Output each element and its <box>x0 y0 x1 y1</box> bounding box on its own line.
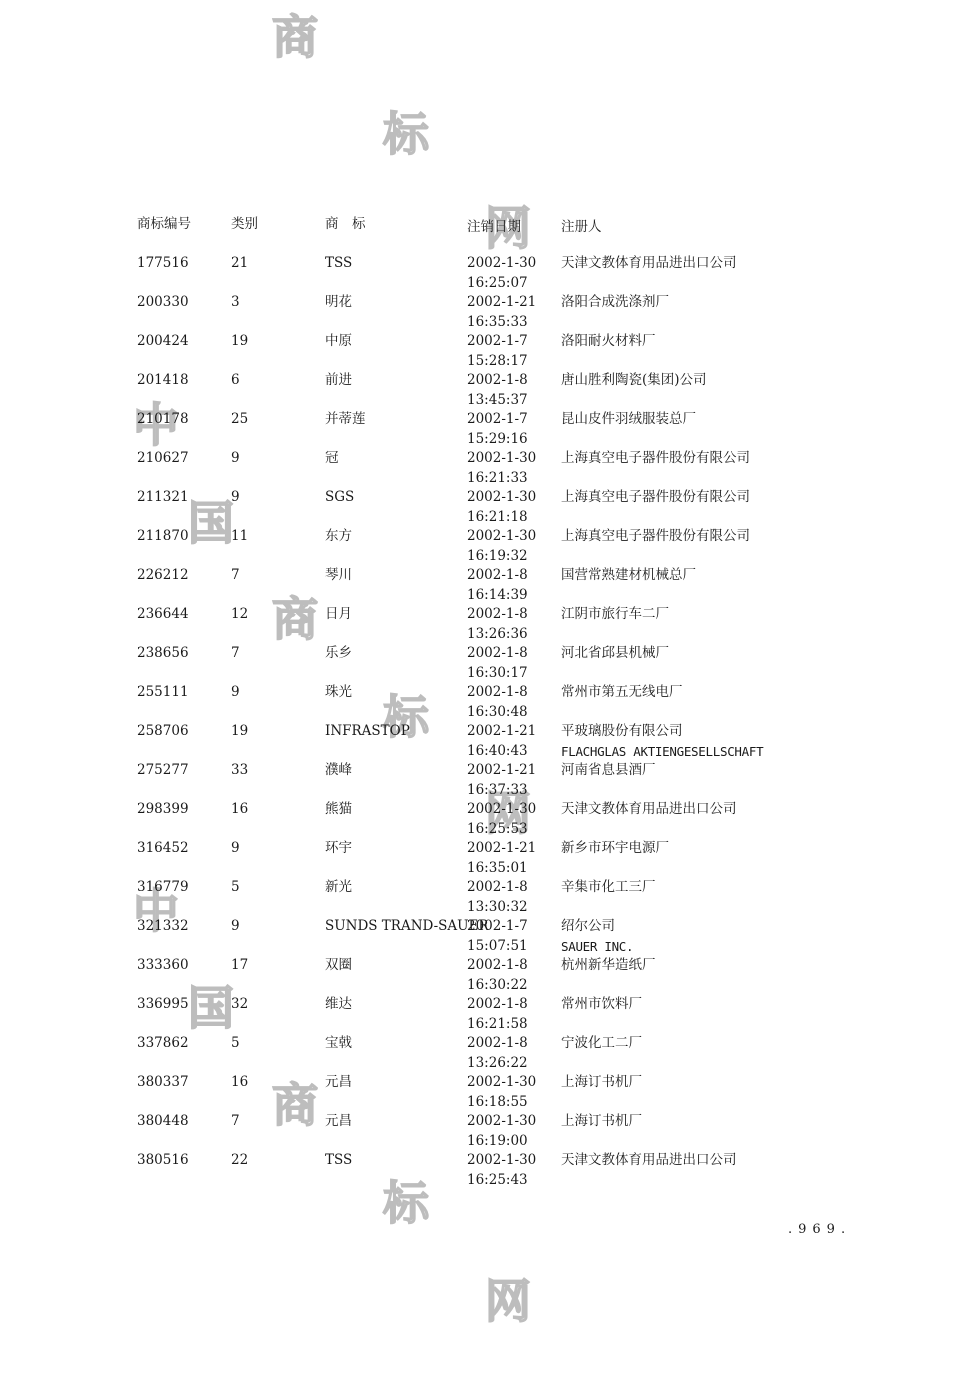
registrant-name-en <box>561 703 683 723</box>
registrant-name: 天津文教体育用品进出口公司 <box>561 1151 737 1171</box>
registrant-name: 天津文教体育用品进出口公司 <box>561 800 737 820</box>
class-number: 19 <box>231 332 248 352</box>
header-class: 类别 <box>231 215 258 235</box>
watermark-shang: 商 <box>272 14 318 60</box>
cancel-date: 2002-1-8 <box>467 644 528 664</box>
trademark-number: 298399 <box>137 800 189 820</box>
cancel-time: 16:25:53 <box>467 820 536 840</box>
registrant: 辛集市化工三厂 <box>561 878 656 917</box>
cancel-time: 15:07:51 <box>467 937 528 957</box>
trademark-name: 珠光 <box>325 683 352 703</box>
cancel-datetime: 2002-1-8 13:30:32 <box>467 878 528 917</box>
class-number: 32 <box>231 995 248 1015</box>
cancel-datetime: 2002-1-8 16:21:58 <box>467 995 528 1034</box>
trademark-number: 316452 <box>137 839 189 859</box>
registrant-name: 河南省息县酒厂 <box>561 761 656 781</box>
cancel-datetime: 2002-1-7 15:28:17 <box>467 332 528 371</box>
cancel-time: 16:30:22 <box>467 976 528 996</box>
cancel-time: 15:29:16 <box>467 430 528 450</box>
class-number: 9 <box>231 839 240 859</box>
class-number: 33 <box>231 761 248 781</box>
registrant: 常州市饮料厂 <box>561 995 642 1034</box>
cancel-time: 13:30:32 <box>467 898 528 918</box>
registrant-name-en <box>561 313 669 333</box>
cancel-time: 16:21:33 <box>467 469 536 489</box>
class-number: 11 <box>231 527 248 547</box>
registrant-name-en <box>561 1171 737 1191</box>
trademark-number: 201418 <box>137 371 189 391</box>
cancel-time: 13:45:37 <box>467 391 528 411</box>
cancel-datetime: 2002-1-30 16:19:00 <box>467 1112 536 1151</box>
cancel-datetime: 2002-1-8 16:30:17 <box>467 644 528 683</box>
cancel-date: 2002-1-21 <box>467 761 536 781</box>
registrant-name: 上海订书机厂 <box>561 1112 642 1132</box>
cancel-date: 2002-1-8 <box>467 371 528 391</box>
registrant-name-en <box>561 430 696 450</box>
cancel-datetime: 2002-1-30 16:21:18 <box>467 488 536 527</box>
trademark-number: 211870 <box>137 527 189 547</box>
trademark-name: 维达 <box>325 995 352 1015</box>
class-number: 22 <box>231 1151 248 1171</box>
registrant-name: 常州市饮料厂 <box>561 995 642 1015</box>
cancel-datetime: 2002-1-8 13:45:37 <box>467 371 528 410</box>
cancel-time: 16:19:32 <box>467 547 536 567</box>
trademark-name: 环宇 <box>325 839 352 859</box>
trademark-number: 380337 <box>137 1073 189 1093</box>
cancel-datetime: 2002-1-8 16:30:22 <box>467 956 528 995</box>
registrant: 绍尔公司 SAUER INC. <box>561 917 633 956</box>
cancel-date: 2002-1-8 <box>467 878 528 898</box>
class-number: 7 <box>231 644 240 664</box>
trademark-name: SGS <box>325 488 354 508</box>
cancel-time: 16:40:43 <box>467 742 536 762</box>
registrant-name: 辛集市化工三厂 <box>561 878 656 898</box>
watermark-shang: 商 <box>272 596 318 642</box>
trademark-name: 新光 <box>325 878 352 898</box>
registrant-name: 昆山皮件羽绒服装总厂 <box>561 410 696 430</box>
trademark-name: 乐乡 <box>325 644 352 664</box>
registrant: 河北省邱县机械厂 <box>561 644 669 683</box>
watermark-guo: 国 <box>188 500 234 546</box>
trademark-name: 前进 <box>325 371 352 391</box>
cancel-datetime: 2002-1-21 16:35:01 <box>467 839 536 878</box>
cancel-time: 16:18:55 <box>467 1093 536 1113</box>
trademark-name: 冠 <box>325 449 339 469</box>
registrant-name: 宁波化工二厂 <box>561 1034 642 1054</box>
cancel-time: 16:14:39 <box>467 586 528 606</box>
watermark-biao: 标 <box>383 1180 429 1226</box>
trademark-name: INFRASTOP <box>325 722 410 742</box>
cancel-time: 16:19:00 <box>467 1132 536 1152</box>
cancel-datetime: 2002-1-21 16:35:33 <box>467 293 536 332</box>
registrant: 常州市第五无线电厂 <box>561 683 683 722</box>
cancel-datetime: 2002-1-7 15:07:51 <box>467 917 528 956</box>
cancel-datetime: 2002-1-30 16:25:53 <box>467 800 536 839</box>
class-number: 16 <box>231 800 248 820</box>
class-number: 7 <box>231 1112 240 1132</box>
cancel-date: 2002-1-7 <box>467 332 528 352</box>
cancel-time: 16:30:17 <box>467 664 528 684</box>
page-number: .969. <box>788 1222 851 1237</box>
registrant-name: 常州市第五无线电厂 <box>561 683 683 703</box>
registrant-name-en <box>561 547 750 567</box>
registrant-name-en <box>561 1132 642 1152</box>
class-number: 9 <box>231 449 240 469</box>
registrant-name-en <box>561 820 737 840</box>
trademark-number: 211321 <box>137 488 189 508</box>
cancel-date: 2002-1-8 <box>467 566 528 586</box>
registrant-name-en <box>561 352 656 372</box>
trademark-number: 210627 <box>137 449 189 469</box>
class-number: 7 <box>231 566 240 586</box>
registrant: 昆山皮件羽绒服装总厂 <box>561 410 696 449</box>
registrant: 上海订书机厂 <box>561 1112 642 1151</box>
class-number: 5 <box>231 1034 240 1054</box>
cancel-date: 2002-1-30 <box>467 1151 536 1171</box>
cancel-time: 16:30:48 <box>467 703 528 723</box>
trademark-name: 东方 <box>325 527 352 547</box>
registrant-name-en: FLACHGLAS AKTIENGESELLSCHAFT <box>561 742 763 762</box>
trademark-number: 200330 <box>137 293 189 313</box>
registrant-name: 唐山胜利陶瓷(集团)公司 <box>561 371 707 391</box>
registrant-name: 杭州新华造纸厂 <box>561 956 656 976</box>
trademark-number: 210178 <box>137 410 189 430</box>
registrant-name: 绍尔公司 <box>561 917 633 937</box>
header-cancel-date: 注销日期 <box>467 215 521 235</box>
trademark-name: 熊猫 <box>325 800 352 820</box>
trademark-name: 元昌 <box>325 1073 352 1093</box>
registrant-name: 上海真空电子器件股份有限公司 <box>561 488 750 508</box>
registrant: 洛阳合成洗涤剂厂 <box>561 293 669 332</box>
trademark-name: 濮峰 <box>325 761 352 781</box>
registrant-name: 上海订书机厂 <box>561 1073 642 1093</box>
registrant: 上海真空电子器件股份有限公司 <box>561 488 750 527</box>
trademark-name: 日月 <box>325 605 352 625</box>
class-number: 9 <box>231 683 240 703</box>
registrant-name: 平玻璃股份有限公司 <box>561 722 763 742</box>
registrant: 唐山胜利陶瓷(集团)公司 <box>561 371 707 410</box>
class-number: 21 <box>231 254 248 274</box>
registrant-name: 江阴市旅行车二厂 <box>561 605 669 625</box>
trademark-name: 中原 <box>325 332 352 352</box>
cancel-time: 13:26:22 <box>467 1054 528 1074</box>
watermark-shang: 商 <box>272 1082 318 1128</box>
trademark-number: 226212 <box>137 566 189 586</box>
trademark-number: 236644 <box>137 605 189 625</box>
trademark-number: 321332 <box>137 917 189 937</box>
class-number: 16 <box>231 1073 248 1093</box>
trademark-number: 316779 <box>137 878 189 898</box>
registrant: 国营常熟建材机械总厂 <box>561 566 696 605</box>
registrant: 天津文教体育用品进出口公司 <box>561 254 737 293</box>
registrant-name-en <box>561 781 656 801</box>
registrant-name-en <box>561 1093 642 1113</box>
cancel-date: 2002-1-8 <box>467 995 528 1015</box>
cancel-date: 2002-1-8 <box>467 1034 528 1054</box>
cancel-date: 2002-1-8 <box>467 956 528 976</box>
watermark-guo: 国 <box>188 985 234 1031</box>
cancel-time: 16:37:33 <box>467 781 536 801</box>
registrant-name-en <box>561 976 656 996</box>
cancel-date: 2002-1-7 <box>467 917 528 937</box>
cancel-datetime: 2002-1-21 16:40:43 <box>467 722 536 761</box>
cancel-datetime: 2002-1-30 16:21:33 <box>467 449 536 488</box>
registrant: 上海真空电子器件股份有限公司 <box>561 449 750 488</box>
cancel-time: 16:25:43 <box>467 1171 536 1191</box>
trademark-name: SUNDS TRAND-SAUER <box>325 917 489 937</box>
registrant-name-en <box>561 469 750 489</box>
trademark-number: 255111 <box>137 683 189 703</box>
cancel-datetime: 2002-1-8 13:26:36 <box>467 605 528 644</box>
registrant-name-en <box>561 898 656 918</box>
cancel-date: 2002-1-8 <box>467 683 528 703</box>
watermark-biao: 标 <box>383 111 429 157</box>
class-number: 6 <box>231 371 240 391</box>
registrant: 上海真空电子器件股份有限公司 <box>561 527 750 566</box>
registrant: 河南省息县酒厂 <box>561 761 656 800</box>
cancel-time: 16:21:18 <box>467 508 536 528</box>
class-number: 5 <box>231 878 240 898</box>
cancel-time: 15:28:17 <box>467 352 528 372</box>
trademark-name: TSS <box>325 254 352 274</box>
cancel-date: 2002-1-8 <box>467 605 528 625</box>
cancel-time: 16:21:58 <box>467 1015 528 1035</box>
cancel-date: 2002-1-30 <box>467 488 536 508</box>
registrant-name: 河北省邱县机械厂 <box>561 644 669 664</box>
registrant-name-en <box>561 625 669 645</box>
cancel-date: 2002-1-7 <box>467 410 528 430</box>
registrant-name-en <box>561 664 669 684</box>
registrant-name-en <box>561 391 707 411</box>
registrant-name-en <box>561 859 669 879</box>
registrant-name-en: SAUER INC. <box>561 937 633 957</box>
registrant: 杭州新华造纸厂 <box>561 956 656 995</box>
trademark-name: 并蒂莲 <box>325 410 366 430</box>
class-number: 3 <box>231 293 240 313</box>
trademark-number: 258706 <box>137 722 189 742</box>
registrant: 宁波化工二厂 <box>561 1034 642 1073</box>
class-number: 19 <box>231 722 248 742</box>
trademark-number: 200424 <box>137 332 189 352</box>
trademark-number: 380516 <box>137 1151 189 1171</box>
cancel-datetime: 2002-1-30 16:25:07 <box>467 254 536 293</box>
trademark-number: 336995 <box>137 995 189 1015</box>
registrant: 上海订书机厂 <box>561 1073 642 1112</box>
cancel-datetime: 2002-1-7 15:29:16 <box>467 410 528 449</box>
registrant-name: 洛阳合成洗涤剂厂 <box>561 293 669 313</box>
trademark-number: 337862 <box>137 1034 189 1054</box>
registrant-name-en <box>561 1054 642 1074</box>
trademark-name: 元昌 <box>325 1112 352 1132</box>
class-number: 9 <box>231 917 240 937</box>
cancel-date: 2002-1-21 <box>467 293 536 313</box>
cancel-datetime: 2002-1-8 16:14:39 <box>467 566 528 605</box>
registrant-name: 上海真空电子器件股份有限公司 <box>561 527 750 547</box>
cancel-date: 2002-1-30 <box>467 1073 536 1093</box>
registrant: 天津文教体育用品进出口公司 <box>561 800 737 839</box>
trademark-number: 275277 <box>137 761 189 781</box>
registrant: 平玻璃股份有限公司 FLACHGLAS AKTIENGESELLSCHAFT <box>561 722 763 761</box>
cancel-time: 16:35:01 <box>467 859 536 879</box>
cancel-time: 16:25:07 <box>467 274 536 294</box>
trademark-number: 380448 <box>137 1112 189 1132</box>
class-number: 17 <box>231 956 248 976</box>
header-trademark: 商 标 <box>325 215 366 235</box>
cancel-datetime: 2002-1-8 13:26:22 <box>467 1034 528 1073</box>
cancel-date: 2002-1-30 <box>467 1112 536 1132</box>
registrant-name: 洛阳耐火材料厂 <box>561 332 656 352</box>
cancel-date: 2002-1-21 <box>467 839 536 859</box>
class-number: 12 <box>231 605 248 625</box>
trademark-number: 177516 <box>137 254 189 274</box>
trademark-name: 琴川 <box>325 566 352 586</box>
cancel-date: 2002-1-30 <box>467 254 536 274</box>
header-registrant: 注册人 <box>561 215 602 235</box>
registrant-name-en <box>561 508 750 528</box>
cancel-date: 2002-1-30 <box>467 449 536 469</box>
registrant: 天津文教体育用品进出口公司 <box>561 1151 737 1190</box>
class-number: 9 <box>231 488 240 508</box>
registrant: 江阴市旅行车二厂 <box>561 605 669 644</box>
registrant: 洛阳耐火材料厂 <box>561 332 656 371</box>
registrant: 新乡市环宇电源厂 <box>561 839 669 878</box>
cancel-datetime: 2002-1-21 16:37:33 <box>467 761 536 800</box>
trademark-name: 宝戟 <box>325 1034 352 1054</box>
trademark-name: TSS <box>325 1151 352 1171</box>
trademark-name: 双圈 <box>325 956 352 976</box>
registrant-name: 上海真空电子器件股份有限公司 <box>561 449 750 469</box>
trademark-number: 333360 <box>137 956 189 976</box>
cancel-datetime: 2002-1-30 16:19:32 <box>467 527 536 566</box>
registrant-name-en <box>561 586 696 606</box>
registrant-name-en <box>561 274 737 294</box>
cancel-date: 2002-1-21 <box>467 722 536 742</box>
cancel-time: 16:35:33 <box>467 313 536 333</box>
registrant-name-en <box>561 1015 642 1035</box>
cancel-date: 2002-1-30 <box>467 800 536 820</box>
registrant-name: 国营常熟建材机械总厂 <box>561 566 696 586</box>
trademark-name: 明花 <box>325 293 352 313</box>
cancel-datetime: 2002-1-30 16:18:55 <box>467 1073 536 1112</box>
watermark-wang: 网 <box>485 1278 531 1324</box>
cancel-datetime: 2002-1-8 16:30:48 <box>467 683 528 722</box>
trademark-number: 238656 <box>137 644 189 664</box>
registrant-name: 天津文教体育用品进出口公司 <box>561 254 737 274</box>
cancel-datetime: 2002-1-30 16:25:43 <box>467 1151 536 1190</box>
cancel-time: 13:26:36 <box>467 625 528 645</box>
header-trademark-number: 商标编号 <box>137 215 191 235</box>
cancel-date: 2002-1-30 <box>467 527 536 547</box>
class-number: 25 <box>231 410 248 430</box>
registrant-name: 新乡市环宇电源厂 <box>561 839 669 859</box>
